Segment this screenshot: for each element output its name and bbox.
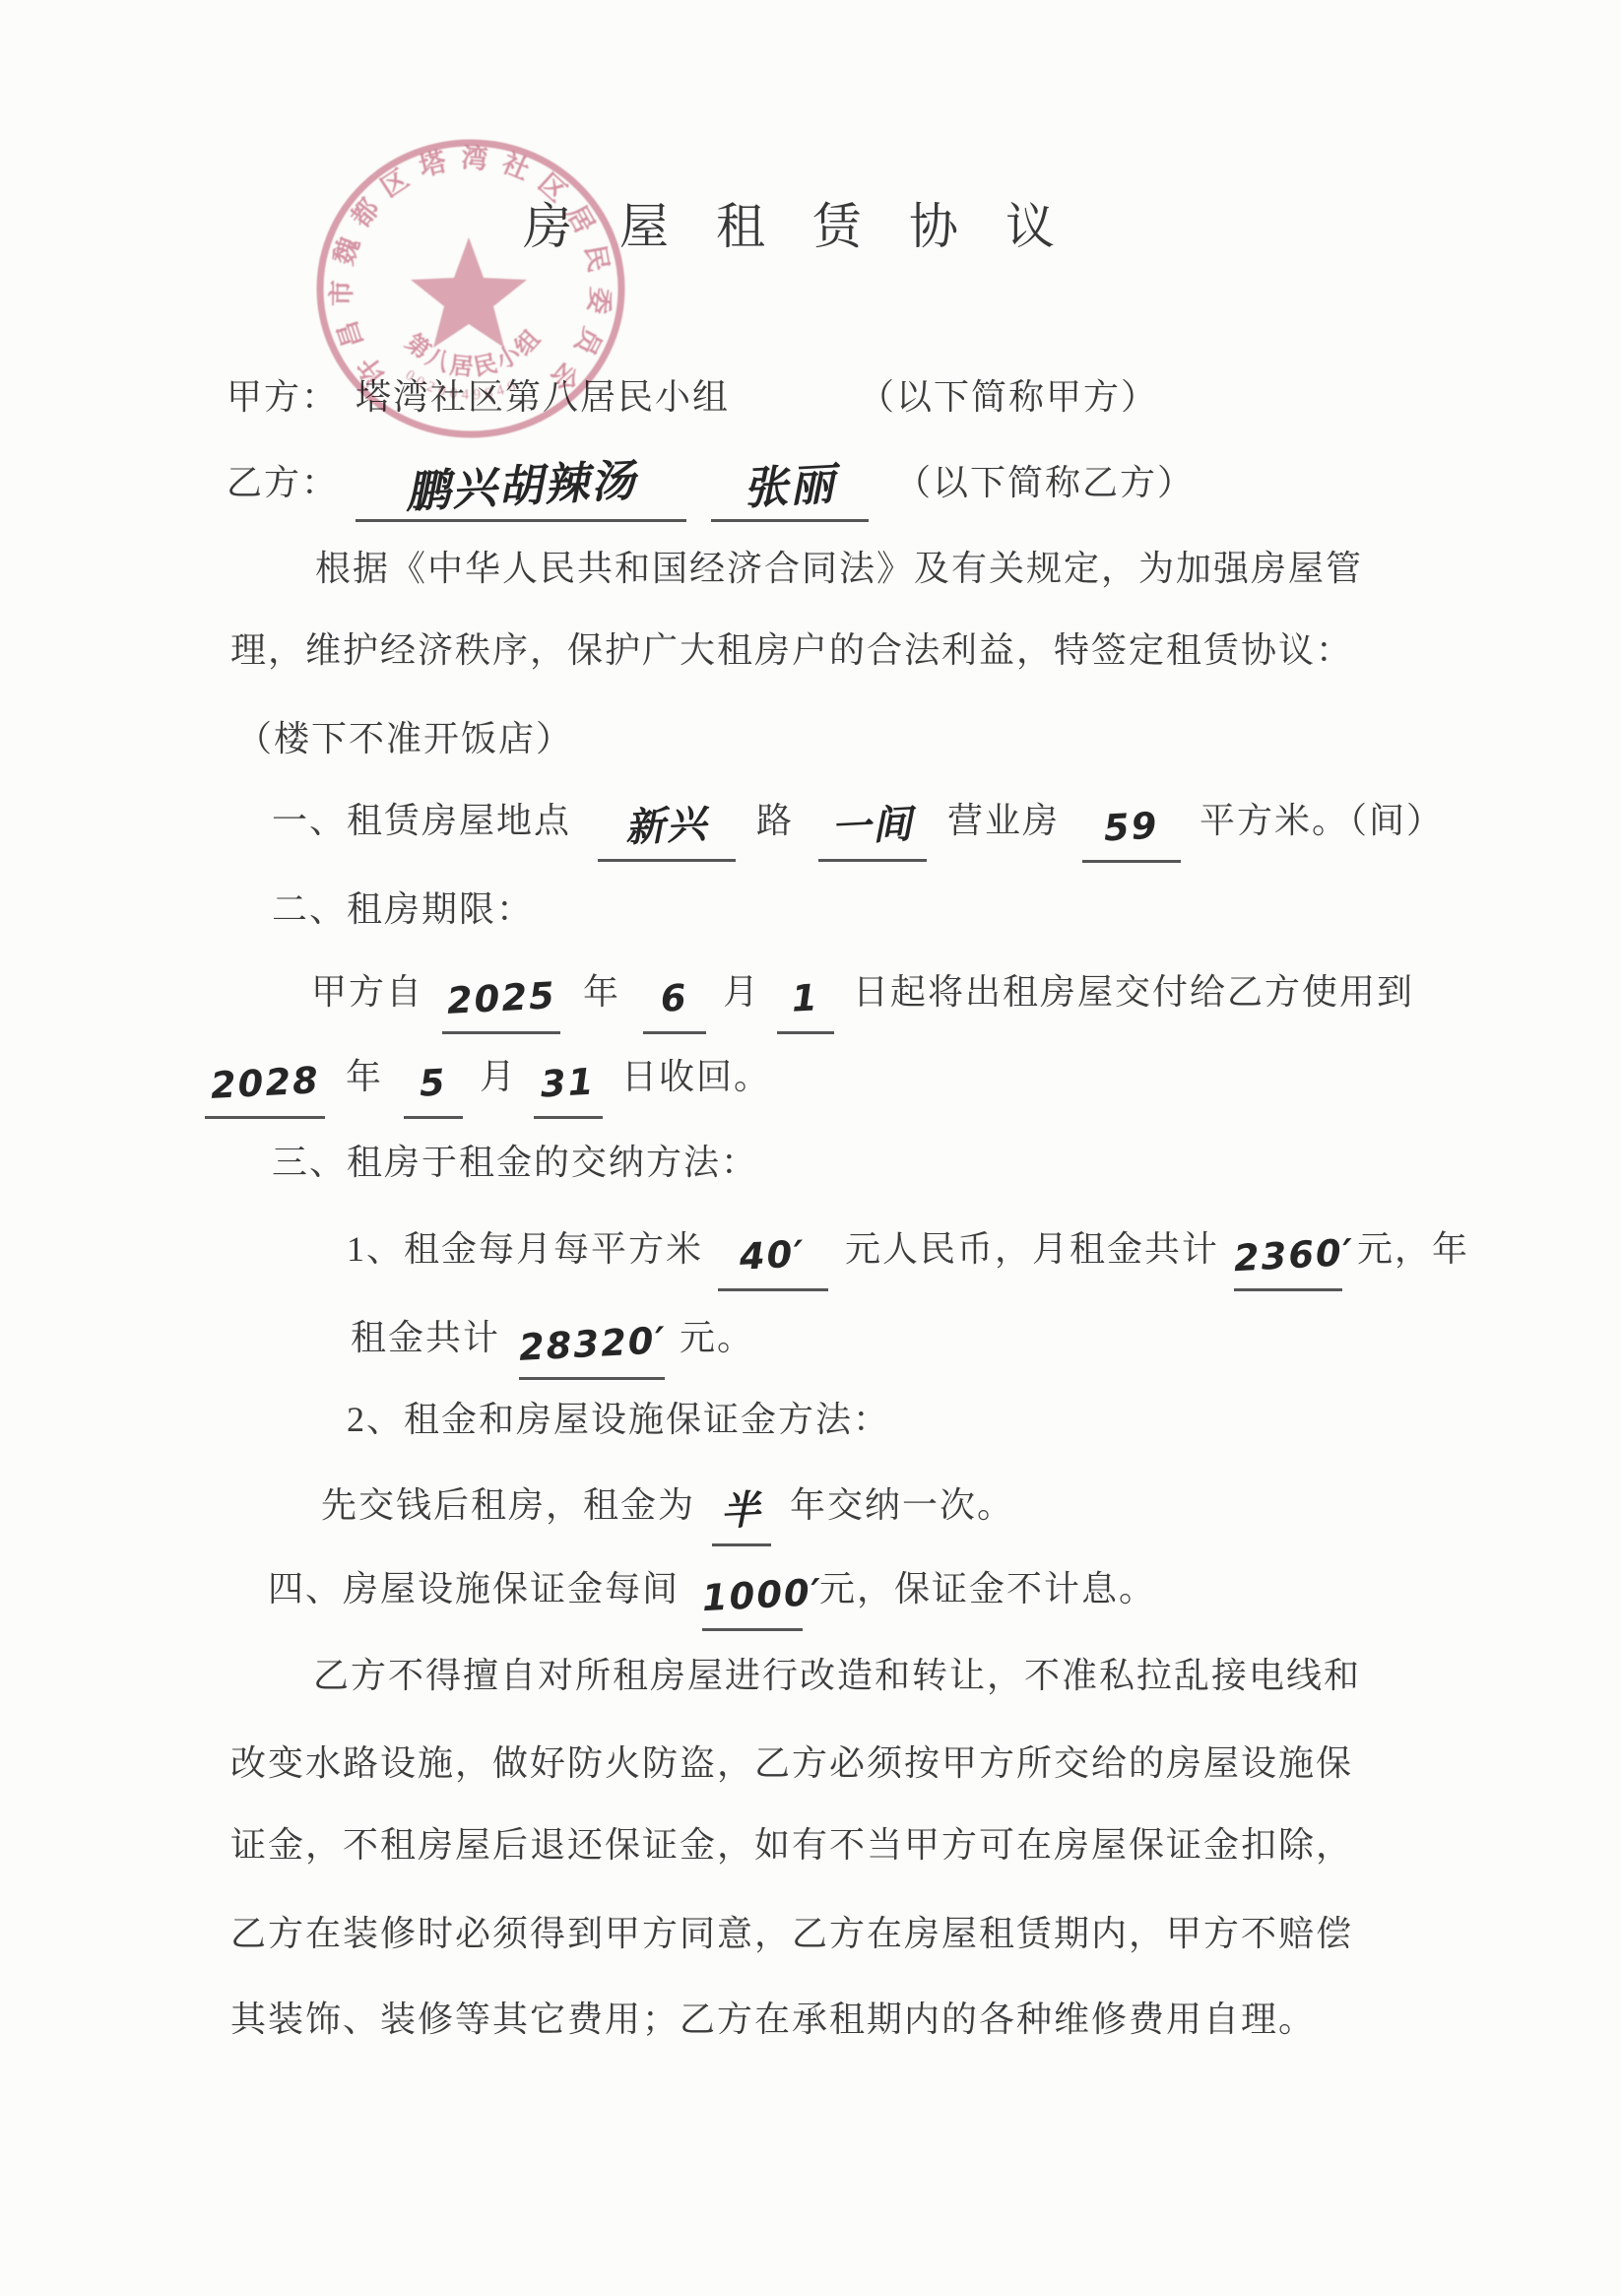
handwritten-monthly-rent: 2360′ bbox=[1233, 1229, 1356, 1282]
blank-start-year: 2025 bbox=[442, 978, 560, 1034]
closing-line-2: 改变水路设施，做好防火防盗，乙方必须按甲方所交给的房屋设施保 bbox=[230, 1719, 1353, 1807]
handwritten-rooms: 一间 bbox=[830, 801, 915, 852]
closing-line-5: 其装饰、装修等其它费用；乙方在承租期内的各种维修费用自理。 bbox=[230, 1975, 1316, 2064]
clause-2-line-1: 甲方自 2025 年 6 月 1 日起将出租房屋交付给乙方使用到 bbox=[311, 948, 1414, 1036]
blank-rate: 40′ bbox=[718, 1235, 828, 1291]
blank-payment-period: 半 bbox=[712, 1490, 771, 1546]
blank-street: 新兴 bbox=[598, 806, 736, 862]
clause-2-heading: 二、租房期限： bbox=[272, 865, 534, 953]
handwritten-party-b-name2: 张丽 bbox=[743, 461, 837, 513]
blank-deposit: 1000′ bbox=[702, 1575, 803, 1631]
item-2-p1: 先交钱后租房，租金为 bbox=[321, 1461, 695, 1549]
handwritten-start-month: 6 bbox=[660, 974, 689, 1022]
clause-1-suffix: 平方米。（间） bbox=[1200, 776, 1444, 865]
handwritten-party-b-name: 鹏兴胡辣汤 bbox=[404, 457, 637, 516]
blank-rooms: 一间 bbox=[818, 806, 927, 862]
party-a-line: 甲方： 塔湾社区第八居民小组 （以下简称甲方） bbox=[227, 353, 1158, 441]
clause-2-p1: 甲方自 bbox=[311, 948, 423, 1036]
handwritten-payment-period: 半 bbox=[720, 1486, 763, 1536]
blank-yearly-rent: 28320′ bbox=[519, 1324, 665, 1380]
closing-line-4: 乙方在装修时必须得到甲方同意，乙方在房屋租赁期内，甲方不赔偿 bbox=[230, 1889, 1353, 1978]
handwritten-start-day: 1 bbox=[791, 974, 820, 1022]
preamble-line-1: 根据《中华人民共和国经济合同法》及有关规定，为加强房屋管 bbox=[315, 524, 1363, 613]
clause-1-mid2: 营业房 bbox=[947, 776, 1060, 865]
blank-area: 59 bbox=[1082, 807, 1181, 863]
item-1-p2: 元人民币，月租金共计 bbox=[845, 1205, 1219, 1293]
clause-1-mid1: 路 bbox=[756, 776, 794, 865]
clause-2b-p3: 日收回。 bbox=[621, 1032, 771, 1121]
clause-3-item-1-line-2: 租金共计 28320′ 元。 bbox=[351, 1293, 754, 1382]
party-b-note: （以下简称乙方） bbox=[895, 438, 1195, 527]
party-b-line: 乙方： 鹏兴胡辣汤 张丽 （以下简称乙方） bbox=[227, 438, 1195, 527]
blank-monthly-rent: 2360′ bbox=[1234, 1235, 1342, 1291]
handwritten-rate: 40′ bbox=[739, 1230, 808, 1280]
party-a-note: （以下简称甲方） bbox=[859, 353, 1158, 441]
blank-party-b-name: 鹏兴胡辣汤 bbox=[356, 466, 686, 522]
clause-3-item-1-line-1: 1、租金每月每平方米 40′ 元人民币，月租金共计 2360′ 元，年 bbox=[347, 1205, 1469, 1293]
handwritten-area: 59 bbox=[1103, 803, 1160, 853]
page-title: 房屋租赁协议 bbox=[231, 182, 1394, 271]
preamble-line-3: （楼下不准开饭店） bbox=[236, 694, 573, 783]
clause-3-item-2-line: 先交钱后租房，租金为 半 年交纳一次。 bbox=[321, 1461, 1014, 1549]
clause-4-p1: 四、房屋设施保证金每间 bbox=[268, 1544, 680, 1633]
item-1-p1: 1、租金每月每平方米 bbox=[347, 1205, 703, 1293]
handwritten-end-month: 5 bbox=[419, 1059, 448, 1107]
clause-4-line: 四、房屋设施保证金每间 1000′ 元，保证金不计息。 bbox=[268, 1544, 1156, 1633]
item-1-p3: 元，年 bbox=[1357, 1205, 1469, 1293]
clause-2-p3: 月 bbox=[723, 948, 760, 1036]
party-b-label: 乙方： bbox=[227, 438, 339, 527]
blank-end-year: 2028 bbox=[205, 1063, 325, 1119]
clause-3-item-2-heading: 2、租金和房屋设施保证金方法： bbox=[347, 1375, 890, 1464]
closing-line-1: 乙方不得擅自对所租房屋进行改造和转让，不准私拉乱接电线和 bbox=[313, 1631, 1361, 1720]
clause-2b-p2: 月 bbox=[480, 1032, 517, 1121]
handwritten-yearly-rent: 28320′ bbox=[518, 1317, 669, 1372]
clause-4-p2: 元，保证金不计息。 bbox=[819, 1544, 1156, 1633]
clause-2-p2: 年 bbox=[583, 948, 620, 1036]
blank-start-month: 6 bbox=[643, 978, 706, 1034]
clause-1-prefix: 一、租赁房屋地点 bbox=[272, 776, 571, 865]
clause-2-line-2: 2028 年 5 月 31 日收回。 bbox=[205, 1032, 771, 1121]
blank-end-day: 31 bbox=[534, 1063, 603, 1119]
clause-2b-p1: 年 bbox=[346, 1032, 383, 1121]
clause-3-heading: 三、租房于租金的交纳方法： bbox=[272, 1118, 758, 1207]
blank-party-b-name2: 张丽 bbox=[711, 466, 869, 522]
handwritten-start-year: 2025 bbox=[445, 972, 556, 1025]
handwritten-end-year: 2028 bbox=[209, 1057, 320, 1110]
handwritten-end-day: 31 bbox=[540, 1059, 597, 1109]
handwritten-street: 新兴 bbox=[624, 801, 709, 852]
party-a-name: 塔湾社区第八居民小组 bbox=[356, 353, 730, 441]
party-a-label: 甲方： bbox=[227, 353, 339, 441]
clause-1-line: 一、租赁房屋地点 新兴 路 一间 营业房 59 平方米。（间） bbox=[272, 776, 1444, 865]
item-2-p2: 年交纳一次。 bbox=[790, 1461, 1014, 1549]
item-1b-p2: 元。 bbox=[680, 1293, 754, 1382]
clause-2-p4: 日起将出租房屋交付给乙方使用到 bbox=[853, 948, 1414, 1036]
preamble-line-2: 理，维护经济秩序，保护广大租房户的合法利益，特签定租赁协议： bbox=[230, 606, 1353, 694]
handwritten-deposit: 1000′ bbox=[701, 1569, 824, 1622]
item-1b-p1: 租金共计 bbox=[351, 1293, 500, 1382]
blank-end-month: 5 bbox=[404, 1063, 463, 1119]
document-page: 房屋租赁协议 甲方： 塔湾社区第八居民小组 （以下简称甲方） 乙方： 鹏兴胡辣汤… bbox=[0, 0, 1621, 2296]
closing-line-3: 证金，不租房屋后退还保证金，如有不当甲方可在房屋保证金扣除， bbox=[230, 1801, 1353, 1889]
blank-start-day: 1 bbox=[777, 978, 834, 1034]
